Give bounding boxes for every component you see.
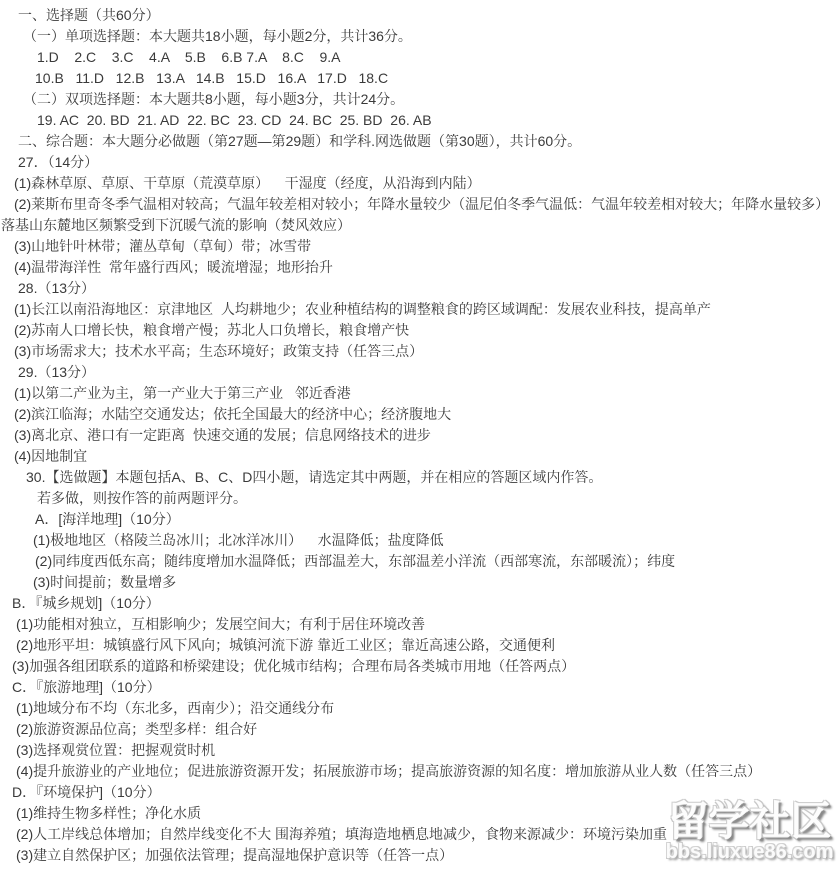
double-choice-answers-19-26: 19. AC 20. BD 21. AD 22. BC 23. CD 24. B… bbox=[0, 110, 837, 131]
q27-answer-4: (4)温带海洋性 常年盛行西风；暖流增湿；地形抬升 bbox=[0, 257, 837, 278]
q30-note: 若多做，则按作答的前两题评分。 bbox=[0, 488, 837, 509]
q30-optionA-answer-1: (1)极地地区（格陵兰岛冰川；北冰洋冰川） 水温降低；盐度降低 bbox=[0, 530, 837, 551]
q30-optionB-answer-2: (2)地形平坦：城镇盛行风下风向；城镇河流下游 靠近工业区；靠近高速公路，交通便… bbox=[0, 635, 837, 656]
q28-header: 28.（13分） bbox=[0, 278, 837, 299]
q30-optionD-header: D．『环境保护]（10分） bbox=[0, 782, 837, 803]
q30-optionB-answer-3: (3)加强各组团联系的道路和桥梁建设；优化城市结构；合理布局各类城市用地（任答两… bbox=[0, 656, 837, 677]
q30-optionD-answer-2: (2)人工岸线总体增加；自然岸线变化不大 围海养殖；填海造地栖息地减少，食物来源… bbox=[0, 824, 837, 845]
q27-answer-3: (3)山地针叶林带；灌丛草甸（草甸）带；冰雪带 bbox=[0, 236, 837, 257]
q28-answer-1: (1)长江以南沿海地区：京津地区 人均耕地少；农业种植结构的调整粮食的跨区域调配… bbox=[0, 299, 837, 320]
q27-answer-2-continued: 落基山东麓地区频繁受到下沉暖气流的影响（焚风效应） bbox=[0, 215, 837, 236]
answer-sheet-document: 一、选择题（共60分） （一）单项选择题：本大题共18小题，每小题2分，共计36… bbox=[0, 5, 837, 866]
single-choice-answers-1-9: 1.D 2.C 3.C 4.A 5.B 6.B 7.A 8.C 9.A bbox=[0, 47, 837, 68]
q30-optionA-answer-3: (3)时间提前；数量增多 bbox=[0, 572, 837, 593]
q30-optionB-header: B．『城乡规划]（10分） bbox=[0, 593, 837, 614]
q30-header: 30.【选做题】本题包括A、B、C、D四小题，请选定其中两题，并在相应的答题区域… bbox=[0, 467, 837, 488]
q30-optionC-header: C．『旅游地理]（10分） bbox=[0, 677, 837, 698]
comprehensive-section-title: 二、综合题：本大题分必做题（第27题—第29题）和学科.网选做题（第30题），共… bbox=[0, 131, 837, 152]
q29-answer-1: (1)以第二产业为主，第一产业大于第三产业 邻近香港 bbox=[0, 383, 837, 404]
q29-answer-4: (4)因地制宜 bbox=[0, 446, 837, 467]
q27-answer-2: (2)莱斯布里奇冬季气温相对较高；气温年较差相对较小；年降水量较少（温尼伯冬季气… bbox=[0, 194, 837, 215]
q30-optionA-answer-2: (2)同纬度西低东高；随纬度增加水温降低；西部温差大，东部温差小洋流（西部寒流，… bbox=[0, 551, 837, 572]
q30-optionB-answer-1: (1)功能相对独立，互相影响少；发展空间大；有利于居住环境改善 bbox=[0, 614, 837, 635]
q29-answer-3: (3)离北京、港口有一定距离 快速交通的发展；信息网络技术的进步 bbox=[0, 425, 837, 446]
q30-optionD-answer-1: (1)维持生物多样性；净化水质 bbox=[0, 803, 837, 824]
double-choice-header: （二）双项选择题：本大题共8小题，每小题3分，共计24分。 bbox=[0, 89, 837, 110]
q30-optionD-answer-3: (3)建立自然保护区；加强依法管理；提高湿地保护意识等（任答一点） bbox=[0, 845, 837, 866]
q28-answer-3: (3)市场需求大；技术水平高；生态环境好；政策支持（任答三点） bbox=[0, 341, 837, 362]
q28-answer-2: (2)苏南人口增长快，粮食增产慢；苏北人口负增长，粮食增产快 bbox=[0, 320, 837, 341]
q30-optionC-answer-4: (4)提升旅游业的产业地位；促进旅游资源开发；拓展旅游市场；提高旅游资源的知名度… bbox=[0, 761, 837, 782]
single-choice-header: （一）单项选择题：本大题共18小题，每小题2分，共计36分。 bbox=[0, 26, 837, 47]
q27-header: 27．（14分） bbox=[0, 152, 837, 173]
q30-optionC-answer-2: (2)旅游资源品位高；类型多样：组合好 bbox=[0, 719, 837, 740]
q29-answer-2: (2)滨江临海；水陆空交通发达；依托全国最大的经济中心；经济腹地大 bbox=[0, 404, 837, 425]
q30-optionC-answer-1: (1)地域分布不均（东北多，西南少）；沿交通线分布 bbox=[0, 698, 837, 719]
q30-optionA-header: A．[海洋地理]（10分） bbox=[0, 509, 837, 530]
q30-optionC-answer-3: (3)选择观赏位置：把握观赏时机 bbox=[0, 740, 837, 761]
q29-header: 29.（13分） bbox=[0, 362, 837, 383]
choice-section-title: 一、选择题（共60分） bbox=[0, 5, 837, 26]
q27-answer-1: (1)森林草原、草原、干草原（荒漠草原） 干湿度（经度，从沿海到内陆） bbox=[0, 173, 837, 194]
single-choice-answers-10-18: 10.B 11.D 12.B 13.A 14.B 15.D 16.A 17.D … bbox=[0, 68, 837, 89]
